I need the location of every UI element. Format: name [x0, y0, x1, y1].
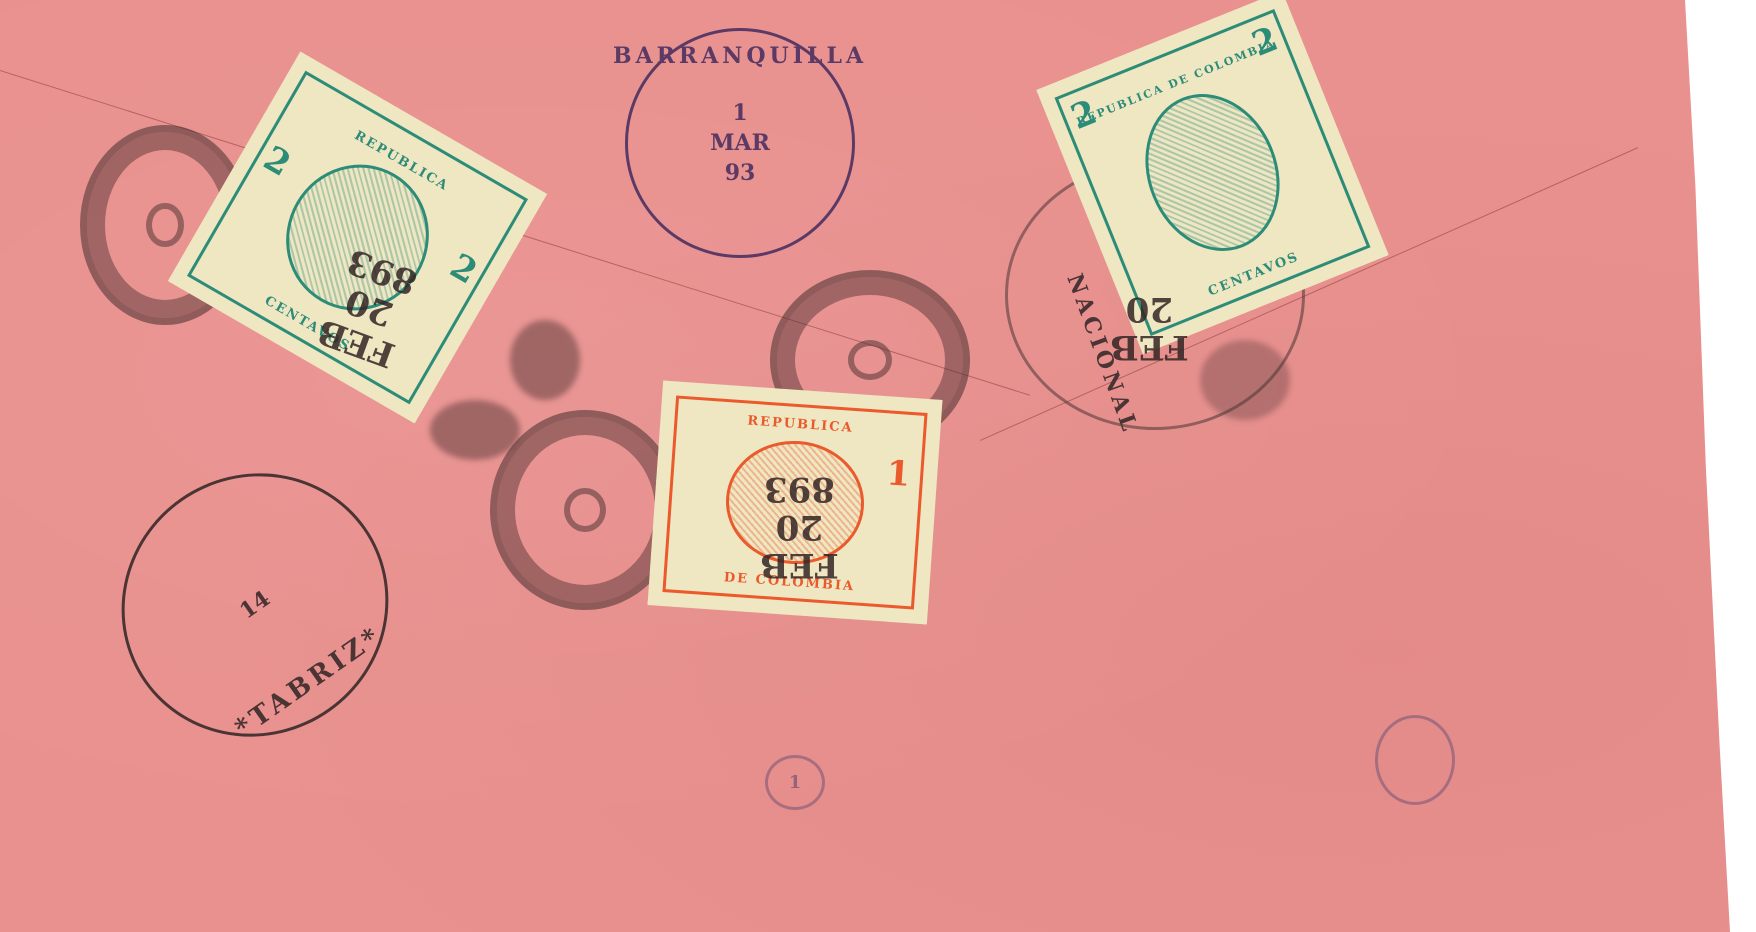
- pencil-number: 1: [789, 768, 802, 798]
- stamp-left-green: REPUBLICA 2 2 CENTAVOS: [168, 52, 547, 424]
- dated-cancel-feb-center: FEB 20 893: [760, 470, 839, 584]
- stamp-value: 1: [885, 453, 911, 495]
- stamp-legend: REPUBLICA: [677, 409, 923, 441]
- postmark-ring-text: BARRANQUILLA: [613, 43, 867, 69]
- postmark-barranquilla: BARRANQUILLA 1 MAR 93: [625, 28, 855, 258]
- ink-smudge: [510, 320, 580, 400]
- dated-cancel-feb-right: FEB 20: [1110, 290, 1189, 366]
- postmark-tabriz: *TABRIZ* 14: [70, 421, 440, 789]
- postmark-day: 1: [732, 98, 747, 128]
- pencil-circle: [1375, 715, 1455, 805]
- postmark-year: 93: [725, 158, 756, 188]
- postmark-month: MAR: [710, 128, 770, 158]
- stamp-value: 2: [443, 246, 484, 292]
- stamp-value: 2: [257, 138, 298, 184]
- coat-of-arms: [1122, 74, 1302, 271]
- postmark-day: 14: [234, 584, 276, 626]
- pencil-circle: 1: [765, 755, 825, 810]
- postmark-ring-text: *TABRIZ*: [230, 620, 388, 743]
- envelope-back: BARRANQUILLA 1 MAR 93 *TABRIZ* 14 NACION…: [0, 0, 1730, 932]
- ink-smudge: [430, 400, 520, 460]
